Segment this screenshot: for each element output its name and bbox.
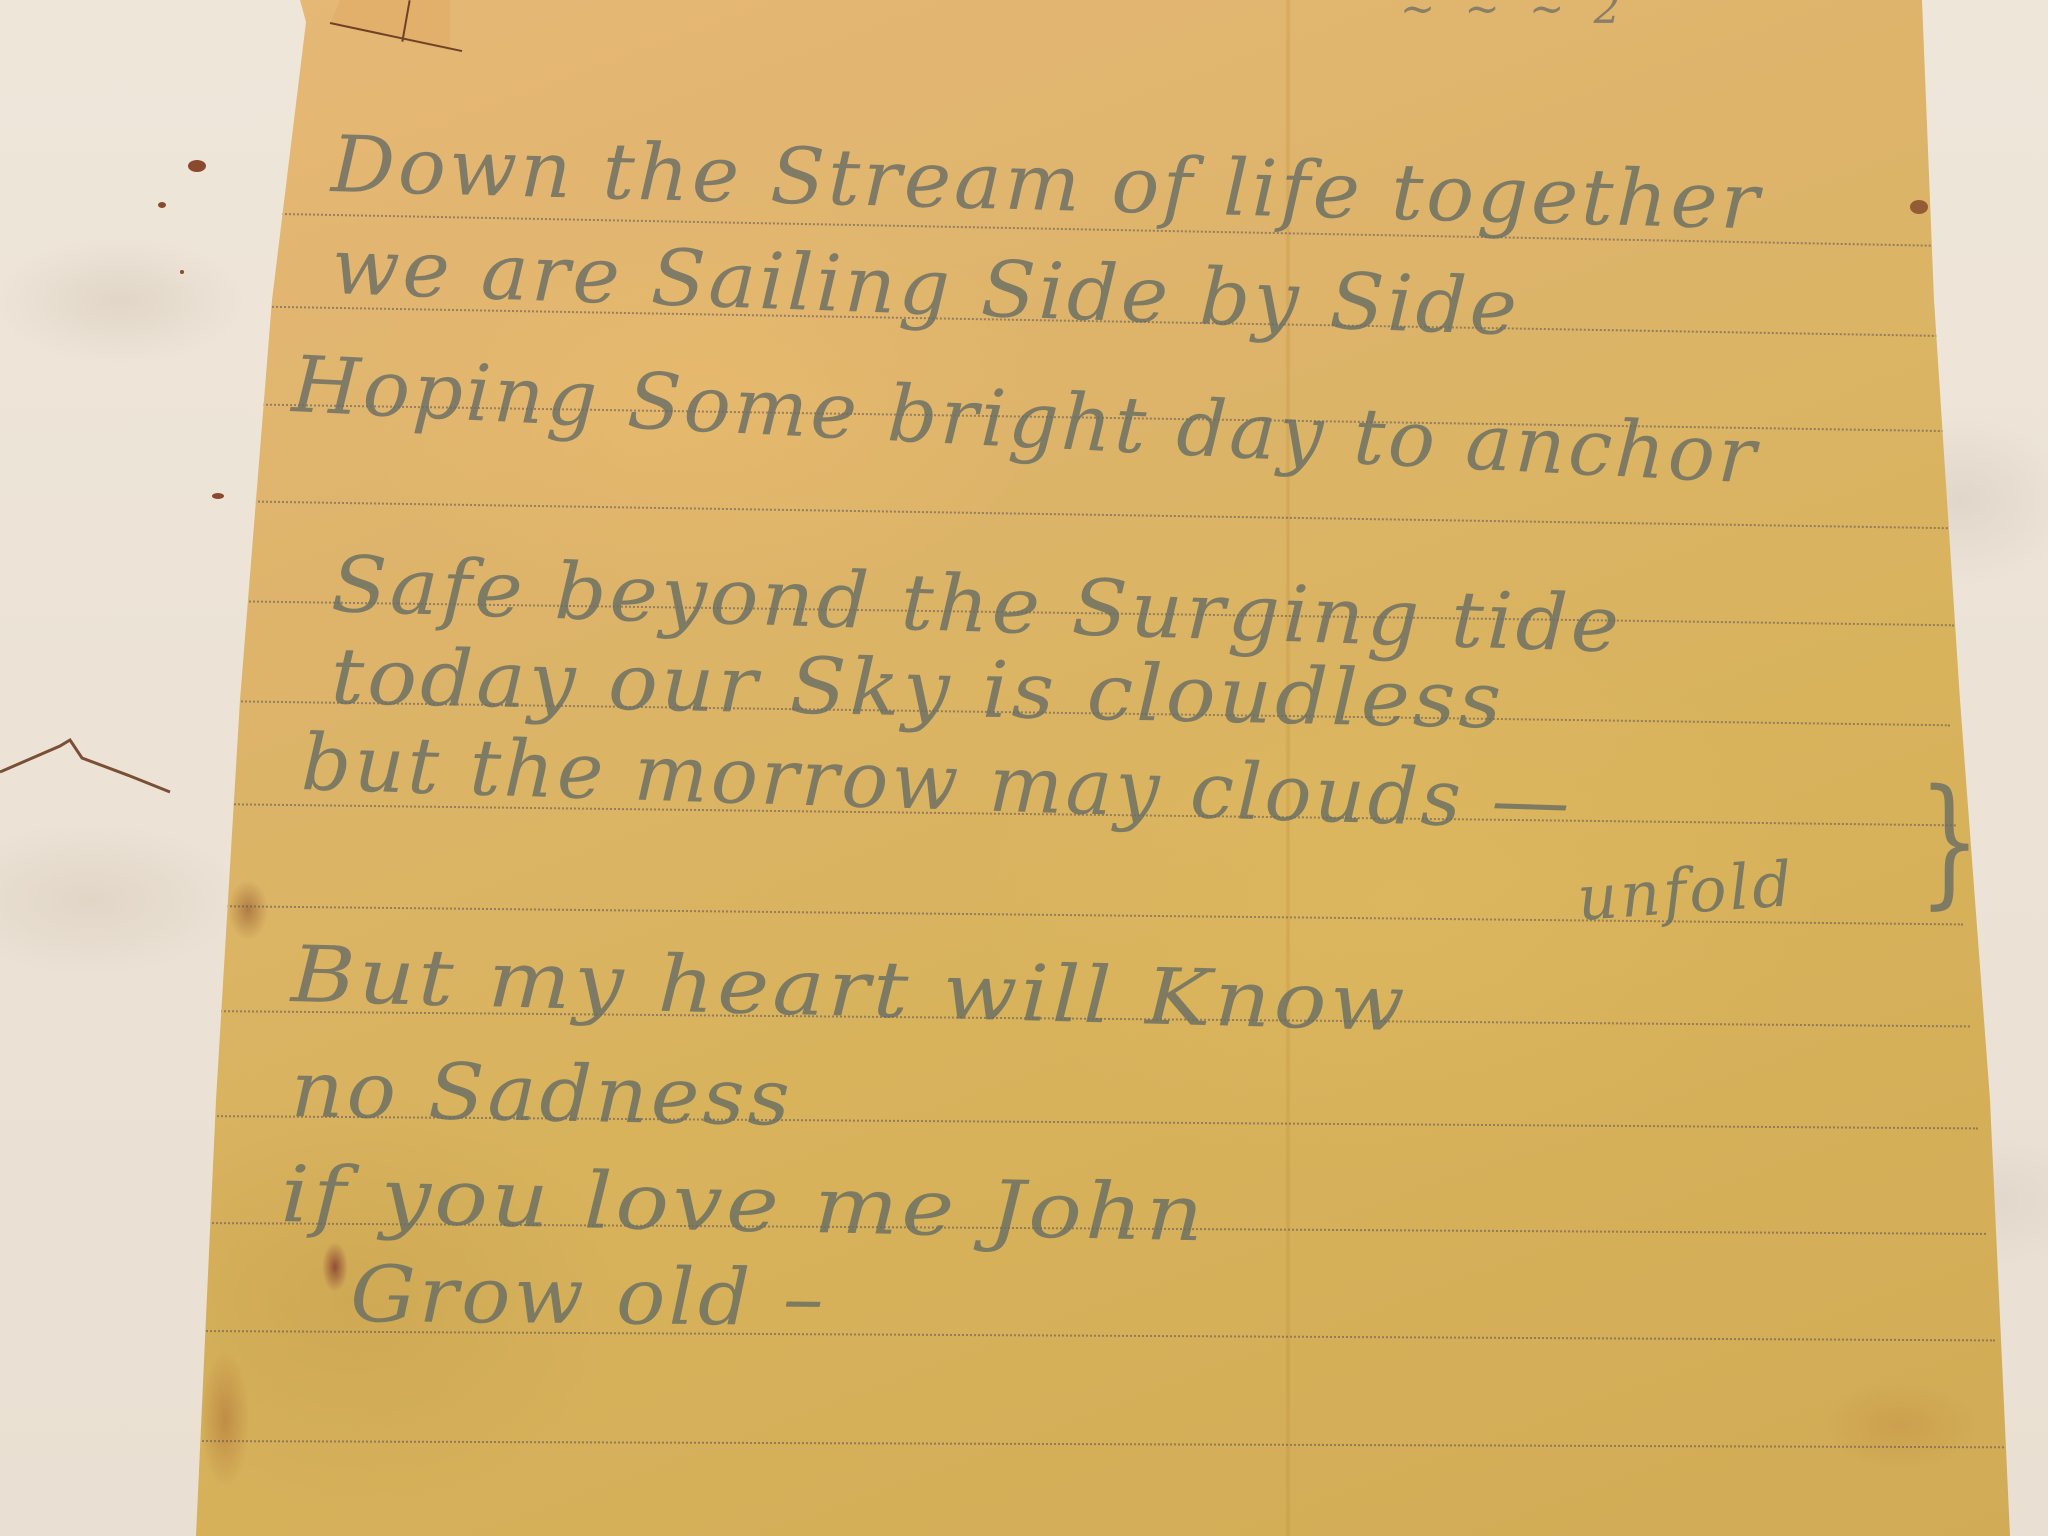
- ruled-paper-sheet: ~ ~ ~ 2 Down the Stream of life together…: [0, 0, 2048, 1536]
- ruled-line: [194, 1440, 2004, 1448]
- handwritten-line-1: Down the Stream of life together: [330, 120, 1763, 247]
- stain: [1910, 200, 1928, 214]
- handwritten-line-8: no Sadness: [290, 1045, 794, 1144]
- debris-speck: [158, 202, 166, 208]
- torn-paper-edge: [0, 700, 180, 800]
- handwritten-line-9: if you love me John: [280, 1150, 1208, 1259]
- debris-speck: [188, 160, 206, 172]
- debris-speck: [180, 270, 184, 274]
- stain: [1820, 1380, 1980, 1470]
- ink-splatter: [322, 1242, 348, 1292]
- stain: [200, 1350, 250, 1490]
- header-fragment: ~ ~ ~ 2: [1400, 0, 1628, 33]
- handwritten-line-7: But my heart will Know: [290, 930, 1409, 1049]
- debris-speck: [212, 493, 224, 499]
- ruled-line: [218, 500, 1948, 529]
- handwritten-line-10: Grow old –: [350, 1250, 827, 1344]
- handwritten-line-3: Hoping Some bright day to anchor: [290, 340, 1761, 502]
- handwritten-line-2: we are Sailing Side by Side: [330, 222, 1521, 353]
- stain: [228, 880, 268, 940]
- margin-note-unfold: unfold: [1575, 847, 1797, 935]
